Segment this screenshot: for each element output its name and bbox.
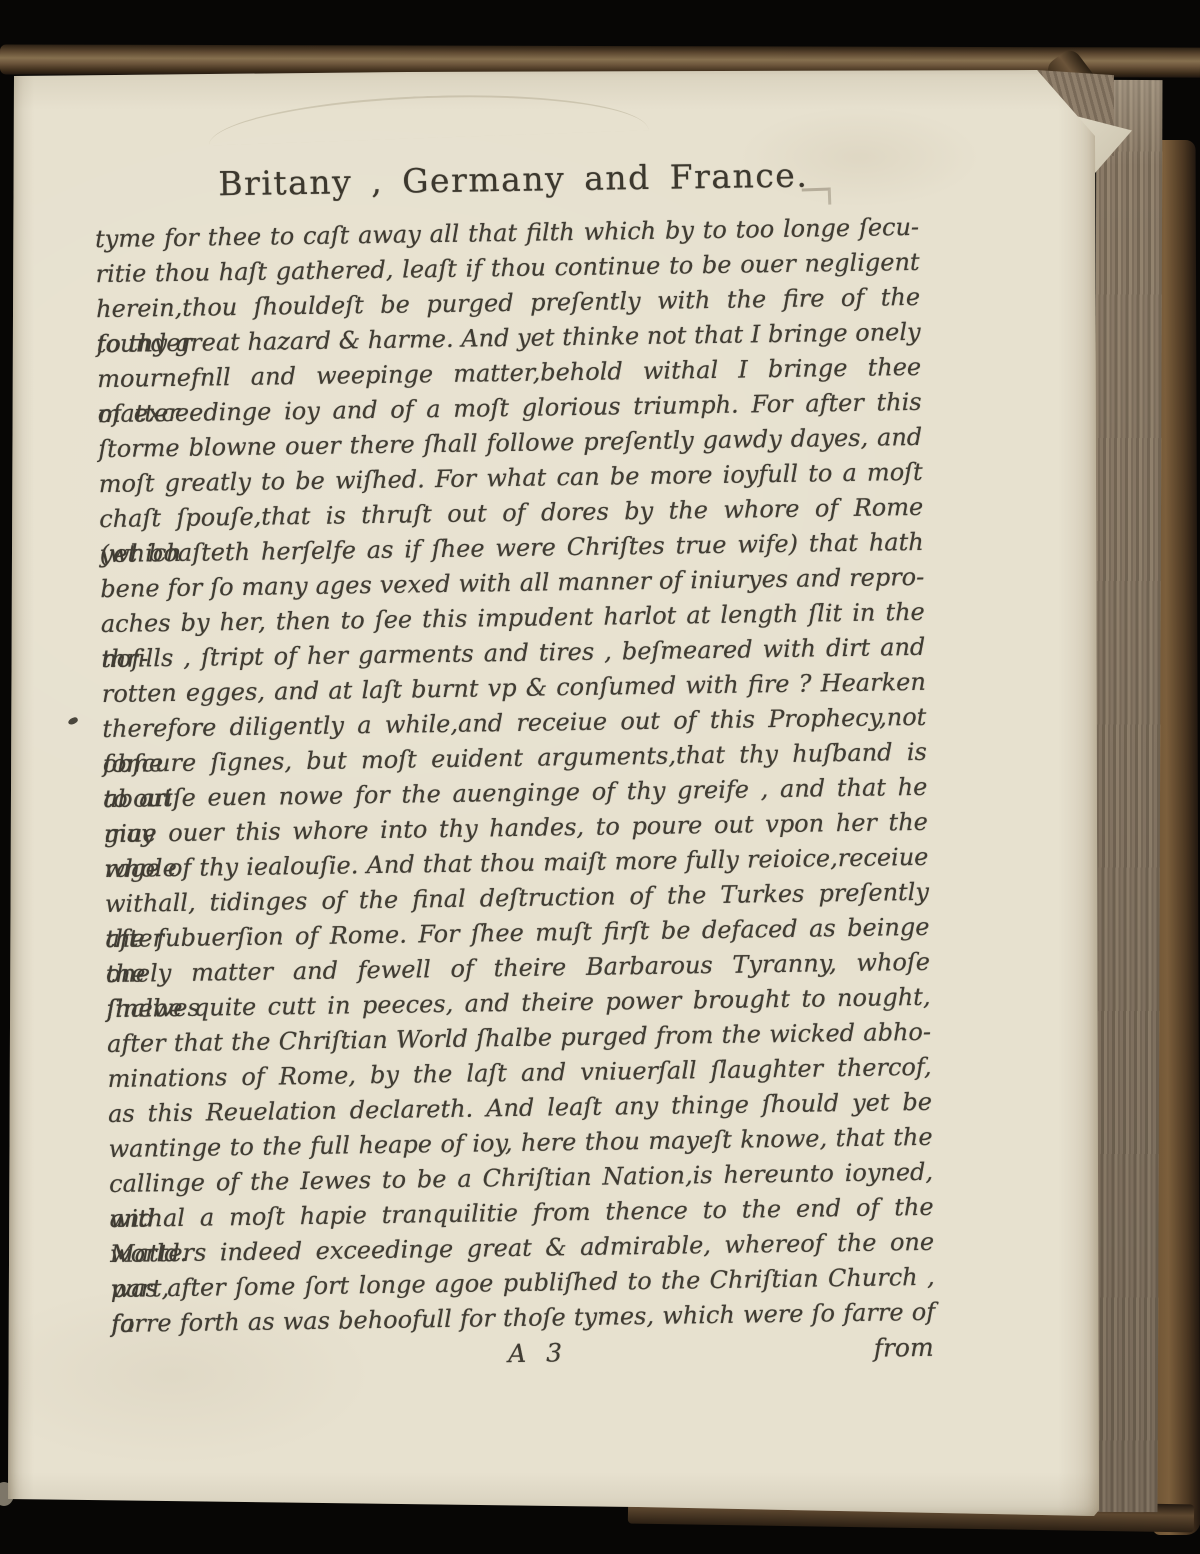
book-scan: Britany , Germany and France. tyme for t… [0, 0, 1200, 1554]
page-stain [207, 88, 648, 145]
page-block-fore-edge [1092, 80, 1163, 1512]
body-text: tyme for thee to caſt away all that filt… [95, 210, 936, 1342]
signature-mark: A 3 [508, 1338, 568, 1368]
catchword: from [873, 1333, 933, 1363]
signature-line: A 3 from [112, 1333, 937, 1385]
page-text-block: Britany , Germany and France. tyme for t… [94, 154, 936, 1385]
book-page: Britany , Germany and France. tyme for t… [8, 70, 1100, 1520]
running-title: Britany , Germany and France. [94, 154, 919, 210]
ink-speck [67, 716, 79, 725]
